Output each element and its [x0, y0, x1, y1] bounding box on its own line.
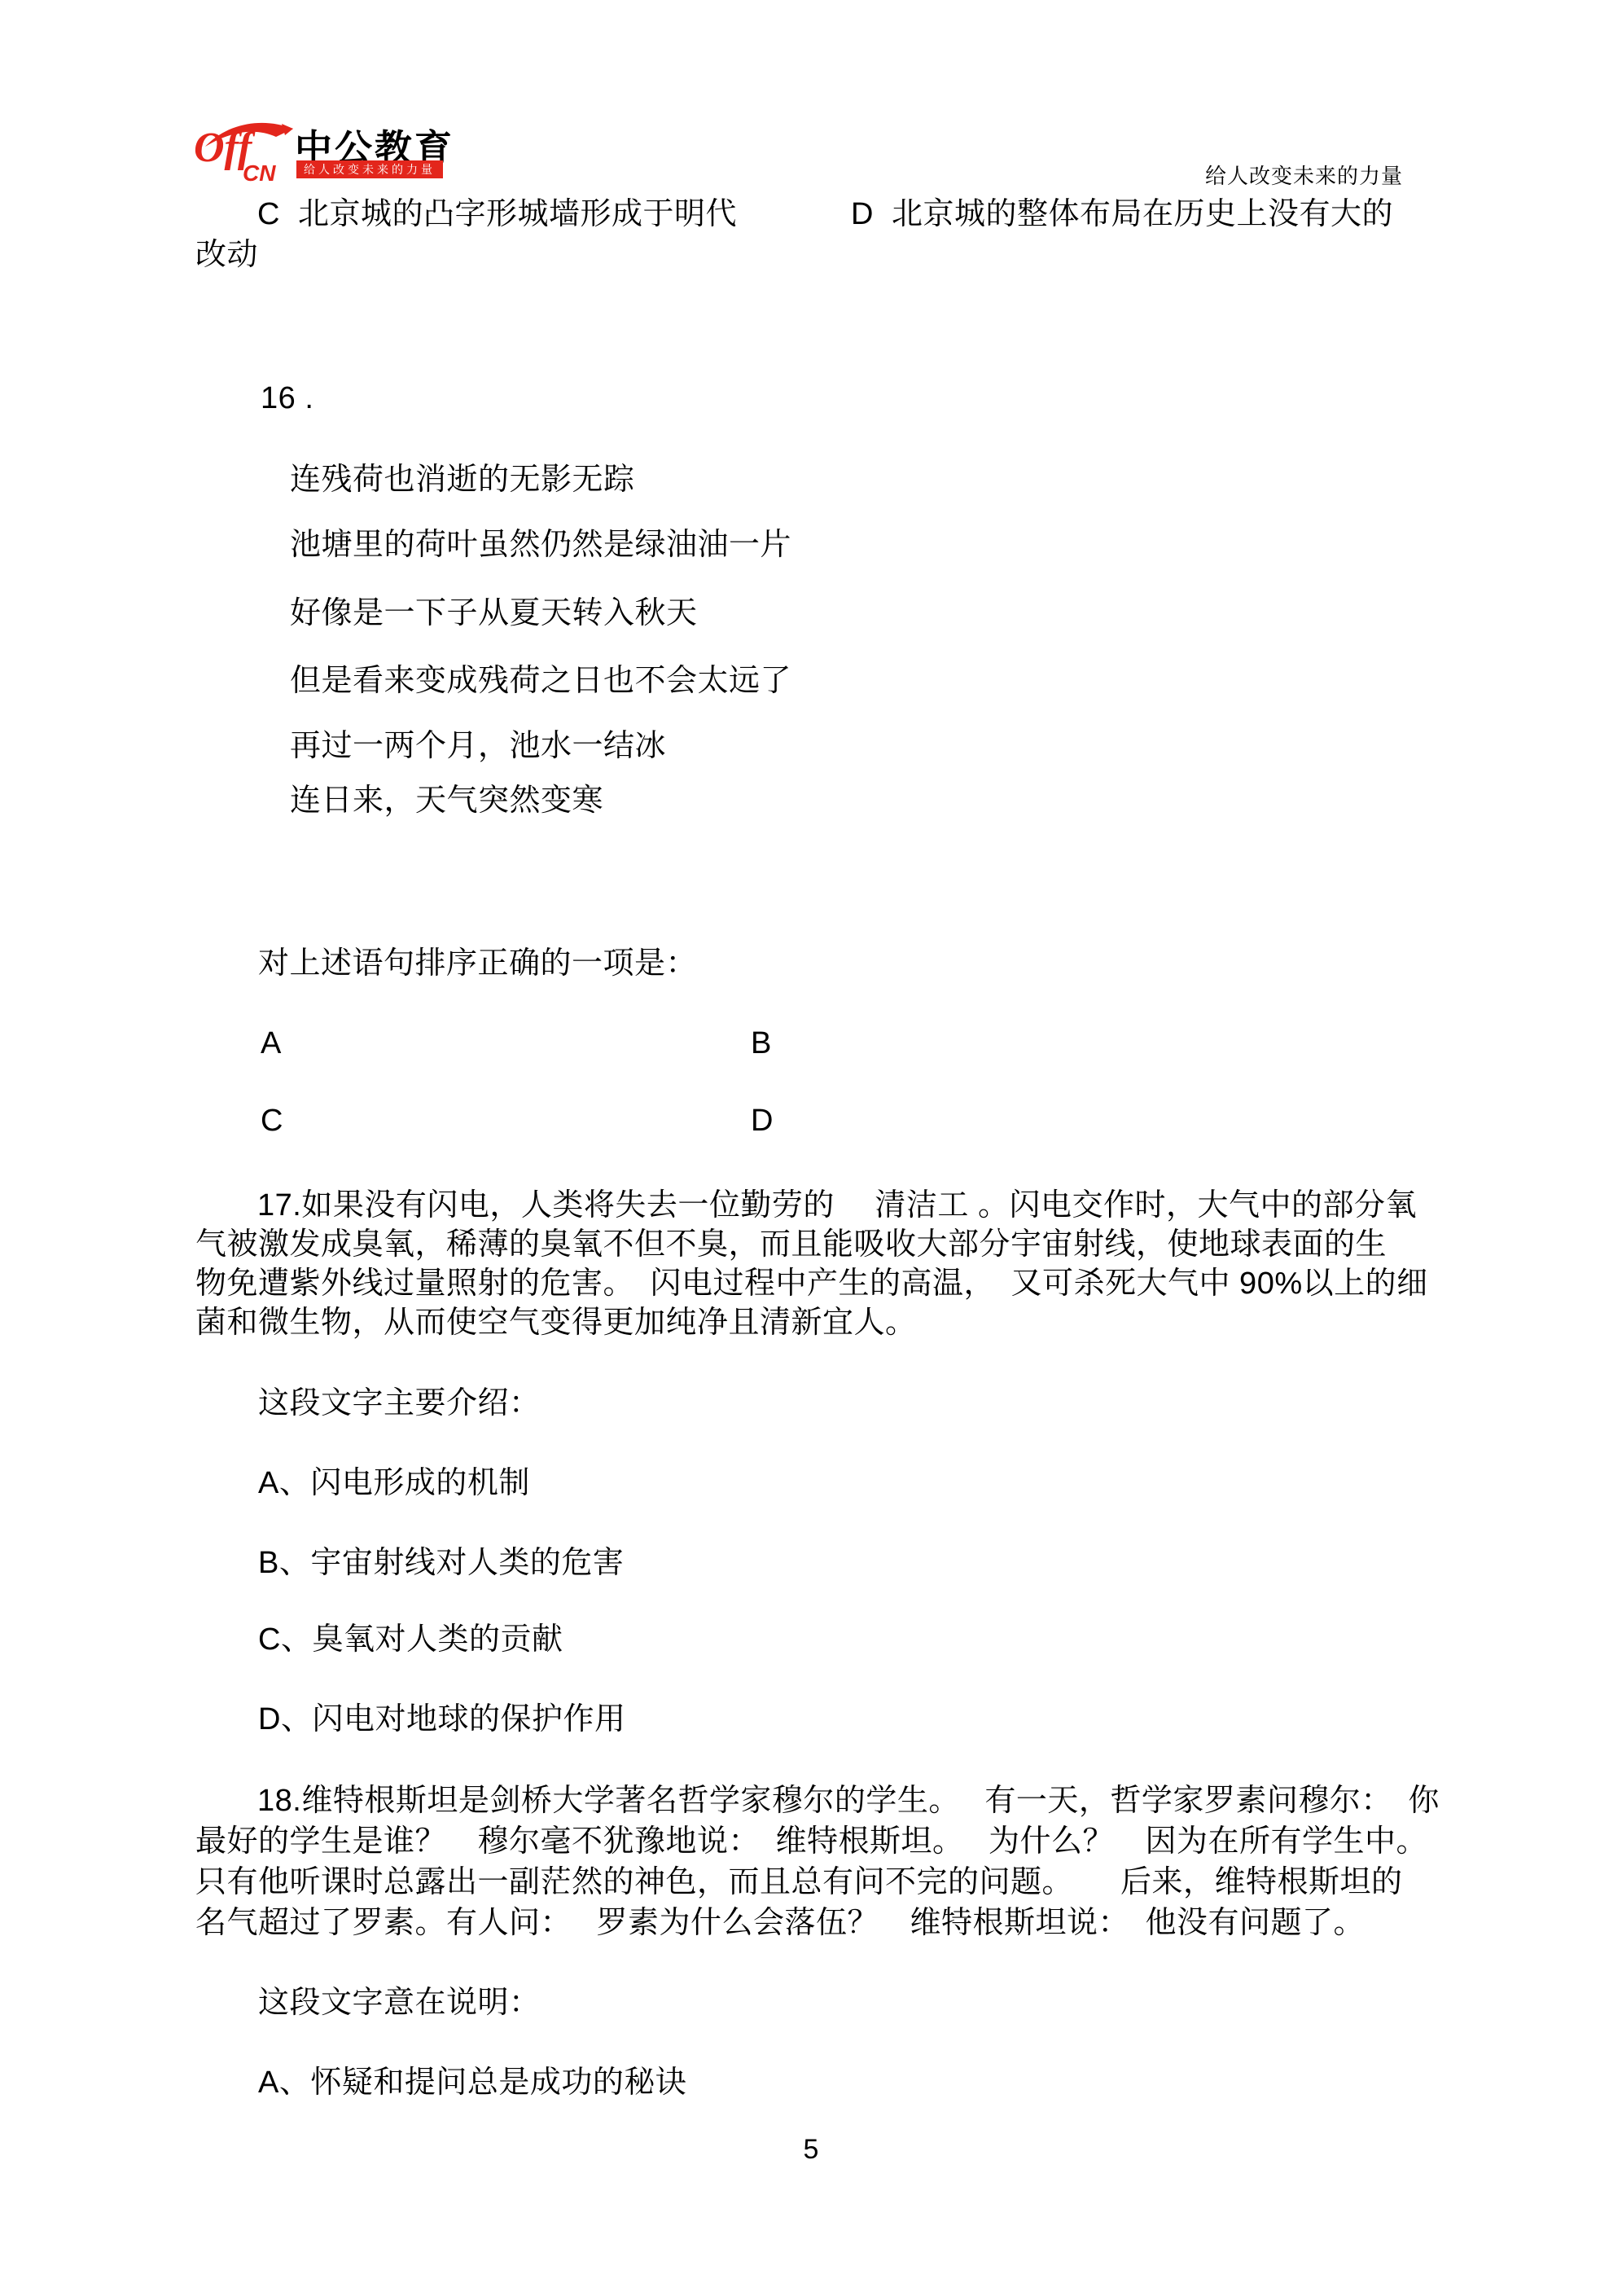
- q18-text-line: 名气超过了罗素。有人问： 罗素为什么会落伍？ 维特根斯坦说： 他没有问题了。: [195, 1904, 1365, 1942]
- q18-text-line: 18.维特根斯坦是剑桥大学著名哲学家穆尔的学生。 有一天，哲学家罗素问穆尔： 你: [257, 1782, 1440, 1820]
- q18-text-line: 最好的学生是谁？ 穆尔毫不犹豫地说： 维特根斯坦。 为什么？ 因为在所有学生中。: [195, 1823, 1427, 1860]
- q18-prompt: 这段文字意在说明：: [258, 1984, 541, 2022]
- q16-number: 16 .: [261, 380, 313, 417]
- q16-option-c: C: [261, 1102, 283, 1139]
- q16-option-a: A: [261, 1025, 282, 1062]
- q17-option-d: D、闪电对地球的保护作用: [258, 1701, 625, 1738]
- page-number: 5: [0, 2134, 1622, 2166]
- q18-text-line: 只有他听课时总露出一副茫然的神色，而且总有问不完的问题。 后来，维特根斯坦的: [195, 1864, 1403, 1901]
- q17-text-line: 菌和微生物，从而使空气变得更加纯净且清新宜人。: [195, 1304, 917, 1341]
- q16-poem-line: 但是看来变成残荷之日也不会太远了: [290, 662, 791, 700]
- q17-option-b: B、宇宙射线对人类的危害: [258, 1544, 624, 1582]
- q16-poem-line: 好像是一下子从夏天转入秋天: [290, 595, 698, 632]
- document-page: Off CN 中公教育 给人改变未来的力量 给人改变未来的力量 C 北京城的凸字…: [0, 0, 1622, 2296]
- prev-option-d-wrap: 改动: [195, 236, 258, 274]
- q18-option-a: A、怀疑和提问总是成功的秘诀: [258, 2064, 686, 2101]
- prev-option-d: D 北京城的整体布局在历史上没有大的: [851, 195, 1393, 233]
- svg-text:CN: CN: [243, 160, 276, 184]
- q16-option-b: B: [751, 1025, 772, 1062]
- logo-tagline-banner: 给人改变未来的力量: [296, 160, 443, 178]
- offcn-script-icon: Off CN: [194, 116, 300, 184]
- q16-option-d: D: [751, 1102, 774, 1139]
- prev-option-c: C 北京城的凸字形城墙形成于明代: [257, 195, 737, 233]
- header-slogan: 给人改变未来的力量: [1205, 160, 1403, 190]
- q17-option-a: A、闪电形成的机制: [258, 1464, 530, 1502]
- q16-poem-line: 池塘里的荷叶虽然仍然是绿油油一片: [290, 526, 791, 564]
- q16-poem-line: 连残荷也消逝的无影无踪: [290, 461, 635, 498]
- offcn-logo: Off CN 中公教育 给人改变未来的力量: [194, 116, 462, 186]
- q17-text-line: 物免遭紫外线过量照射的危害。 闪电过程中产生的高温， 又可杀死大气中 90%以上…: [195, 1265, 1428, 1302]
- q17-option-c: C、臭氧对人类的贡献: [258, 1621, 563, 1658]
- q16-poem-line: 连日来，天气突然变寒: [290, 782, 603, 819]
- q17-text-line: 气被激发成臭氧，稀薄的臭氧不但不臭，而且能吸收大部分宇宙射线，使地球表面的生: [195, 1226, 1387, 1263]
- q16-prompt: 对上述语句排序正确的一项是：: [258, 945, 697, 982]
- q17-prompt: 这段文字主要介绍：: [258, 1385, 541, 1422]
- q16-poem-line: 再过一两个月，池水一结冰: [290, 727, 666, 765]
- q17-text-line: 17.如果没有闪电，人类将失去一位勤劳的 清洁工 。闪电交作时，大气中的部分氧: [257, 1187, 1417, 1224]
